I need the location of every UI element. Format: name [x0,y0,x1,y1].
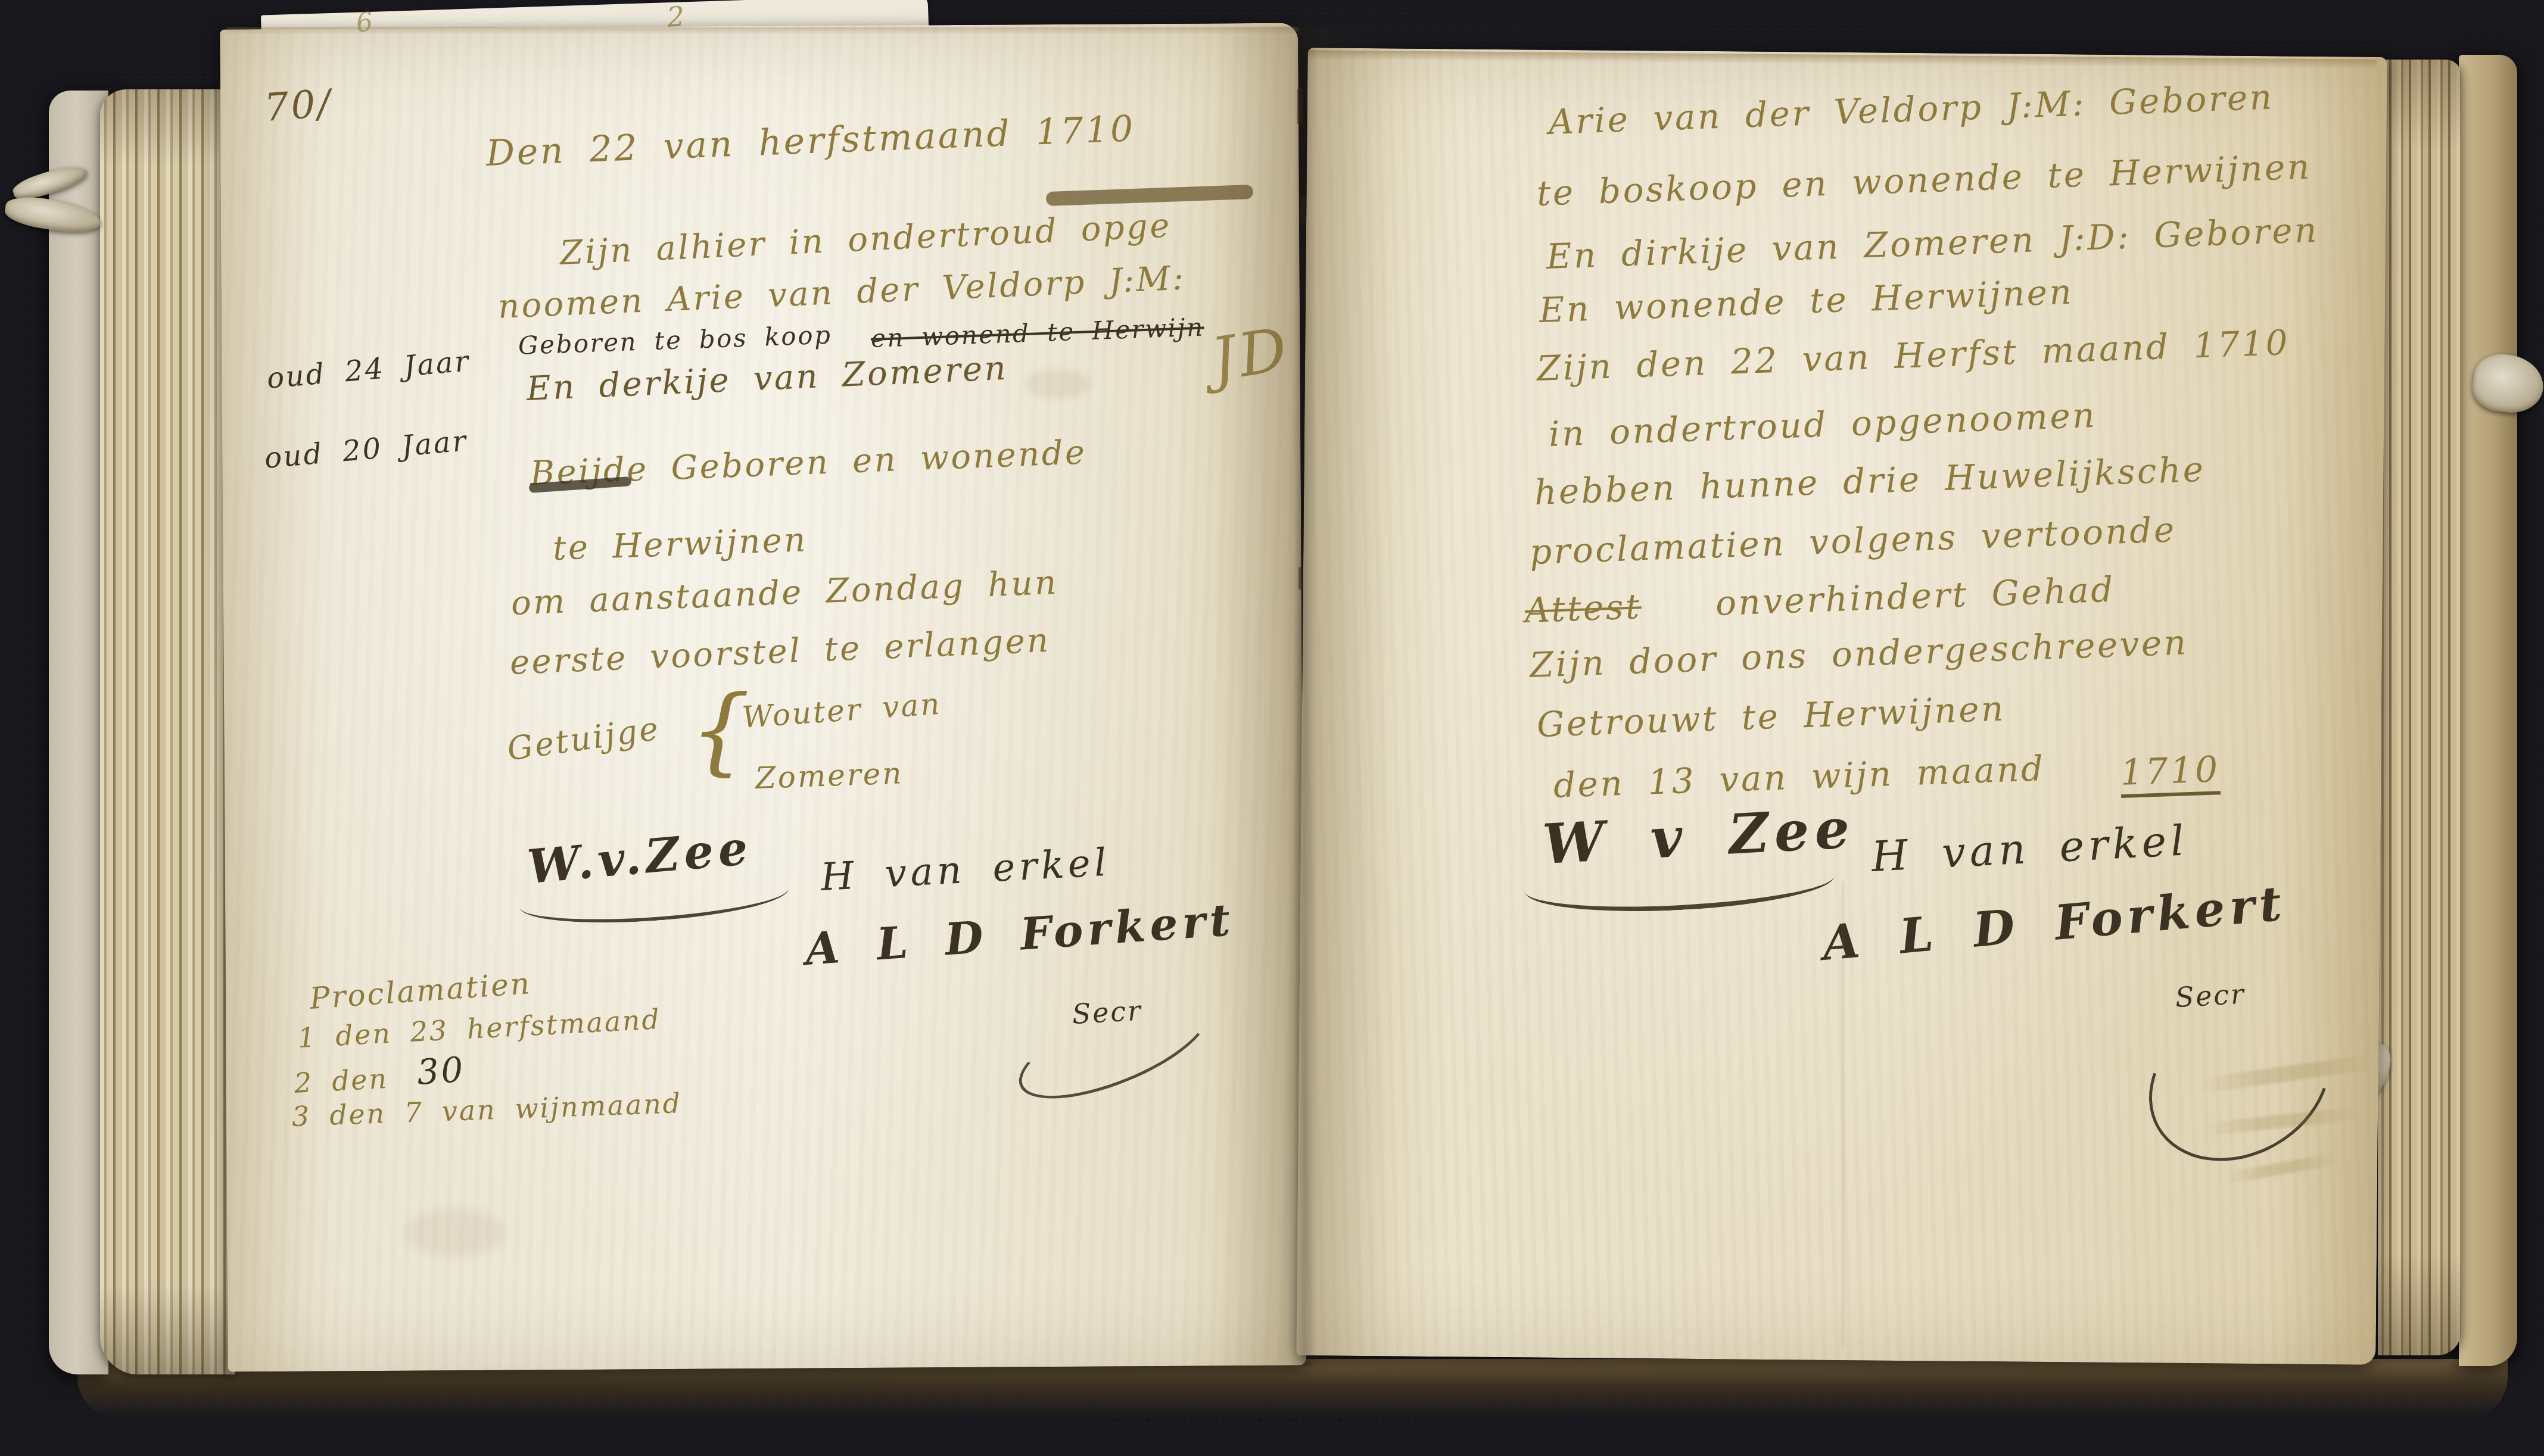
underlay-ink-fragment: 6 [354,8,376,36]
witness-name-line: Zomeren [755,758,904,793]
underlay-ink-fragment: 2 [666,2,687,31]
binding-stitch-mark [1300,197,1305,224]
marriage-year-underlined: 1710 [2120,752,2221,798]
binding-stitch-mark [1297,88,1303,125]
initials-flourish: JD [1207,319,1294,390]
page-number: 70/ [263,85,334,127]
right-cover-edge [2459,55,2517,1366]
proclamation-item: 2 den [294,1065,389,1097]
attest-word-struck: Attest [1524,589,1642,628]
left-cover-edge [49,91,108,1374]
photo-background: 6 2 70/ Den 22 van herfstmaand 1710 Zijn… [0,0,2544,1456]
record-line: te Herwijnen [552,523,808,566]
proclamation-date-number: 30 [416,1052,466,1089]
binding-stitch-mark [1299,567,1303,590]
left-page-stack-edges [100,89,235,1374]
right-page-stack-edges [2378,60,2461,1355]
